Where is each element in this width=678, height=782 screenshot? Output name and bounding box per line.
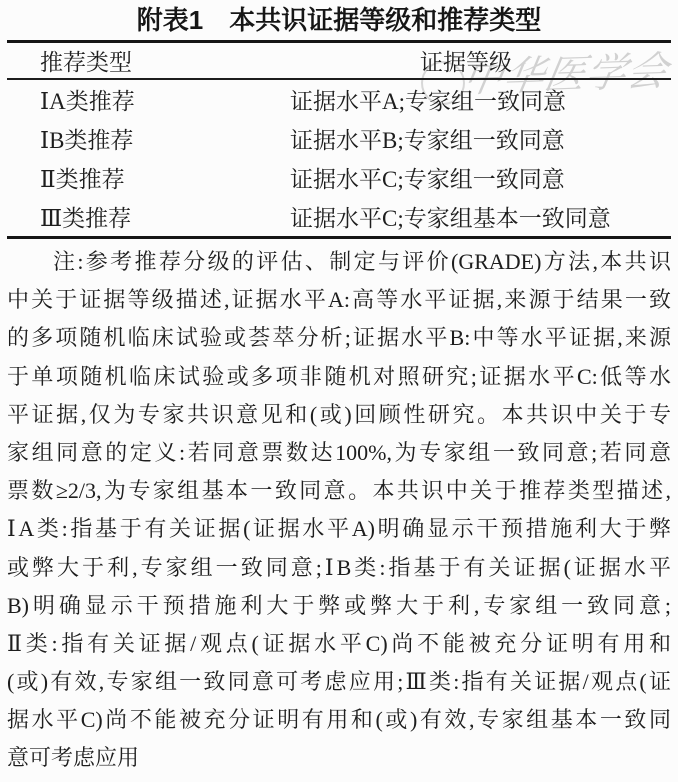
note-line: 据水平C)尚不能被充分证明有用和(或)有效,专家组基本一致同 [7, 701, 671, 739]
note-line: Ⅱ类:指有关证据/观点(证据水平C)尚不能被充分证明有用和 [7, 625, 671, 663]
cell-recommendation-type: ⅠB类推荐 [7, 122, 290, 155]
document-page: 附表1本共识证据等级和推荐类型 中华医学会 推荐类型 证据等级 ⅠA类推荐 证据… [0, 0, 678, 782]
cell-evidence-level: 证据水平C;专家组一致同意 [290, 161, 671, 194]
table-caption-label: 附表1 [137, 5, 203, 35]
cell-recommendation-type: Ⅱ类推荐 [7, 161, 290, 194]
cell-recommendation-type: Ⅲ类推荐 [7, 200, 290, 233]
note-line: 家组同意的定义:若同意票数达100%,为专家组一致同意;若同意 [7, 434, 671, 472]
note-line: ⅠA类:指基于有关证据(证据水平A)明确显示干预措施利大于弊 [7, 510, 671, 548]
cell-evidence-level: 证据水平C;专家组基本一致同意 [290, 200, 671, 233]
table-row: ⅠB类推荐 证据水平B;专家组一致同意 [7, 119, 671, 158]
table-row: Ⅲ类推荐 证据水平C;专家组基本一致同意 [7, 197, 671, 236]
note-line: 的多项随机临床试验或荟萃分析;证据水平B:中等水平证据,来源 [7, 319, 671, 357]
table-caption-title: 本共识证据等级和推荐类型 [229, 5, 541, 35]
cell-evidence-level: 证据水平A;专家组一致同意 [290, 83, 671, 116]
note-paragraph: 注:参考推荐分级的评估、制定与评价(GRADE)方法,本共识 中关于证据等级描述… [7, 243, 671, 778]
note-line: 于单项随机临床试验或多项非随机对照研究;证据水平C:低等水 [7, 358, 671, 396]
column-header-evidence-level: 证据等级 [290, 44, 671, 77]
column-header-recommendation-type: 推荐类型 [7, 44, 290, 77]
note-line: (或)有效,专家组一致同意可考虑应用;Ⅲ类:指有关证据/观点(证 [7, 663, 671, 701]
table-row: Ⅱ类推荐 证据水平C;专家组一致同意 [7, 158, 671, 197]
note-line: 注:参考推荐分级的评估、制定与评价(GRADE)方法,本共识 [7, 243, 671, 281]
table-row: ⅠA类推荐 证据水平A;专家组一致同意 [7, 80, 671, 119]
cell-evidence-level: 证据水平B;专家组一致同意 [290, 122, 671, 155]
evidence-table: 中华医学会 推荐类型 证据等级 ⅠA类推荐 证据水平A;专家组一致同意 ⅠB类推… [7, 40, 671, 239]
note-line: 中关于证据等级描述,证据水平A:高等水平证据,来源于结果一致 [7, 281, 671, 319]
note-line: 意可考虑应用 [7, 739, 671, 777]
note-line: B)明确显示干预措施利大于弊或弊大于利,专家组一致同意; [7, 587, 671, 625]
note-line: 或弊大于利,专家组一致同意;ⅠB类:指基于有关证据(证据水平 [7, 549, 671, 587]
note-line: 票数≥2/3,为专家组基本一致同意。本共识中关于推荐类型描述, [7, 472, 671, 510]
table-header-row: 推荐类型 证据等级 [7, 43, 671, 80]
table-caption: 附表1本共识证据等级和推荐类型 [0, 0, 678, 40]
cell-recommendation-type: ⅠA类推荐 [7, 83, 290, 116]
note-line: 平证据,仅为专家共识意见和(或)回顾性研究。本共识中关于专 [7, 396, 671, 434]
